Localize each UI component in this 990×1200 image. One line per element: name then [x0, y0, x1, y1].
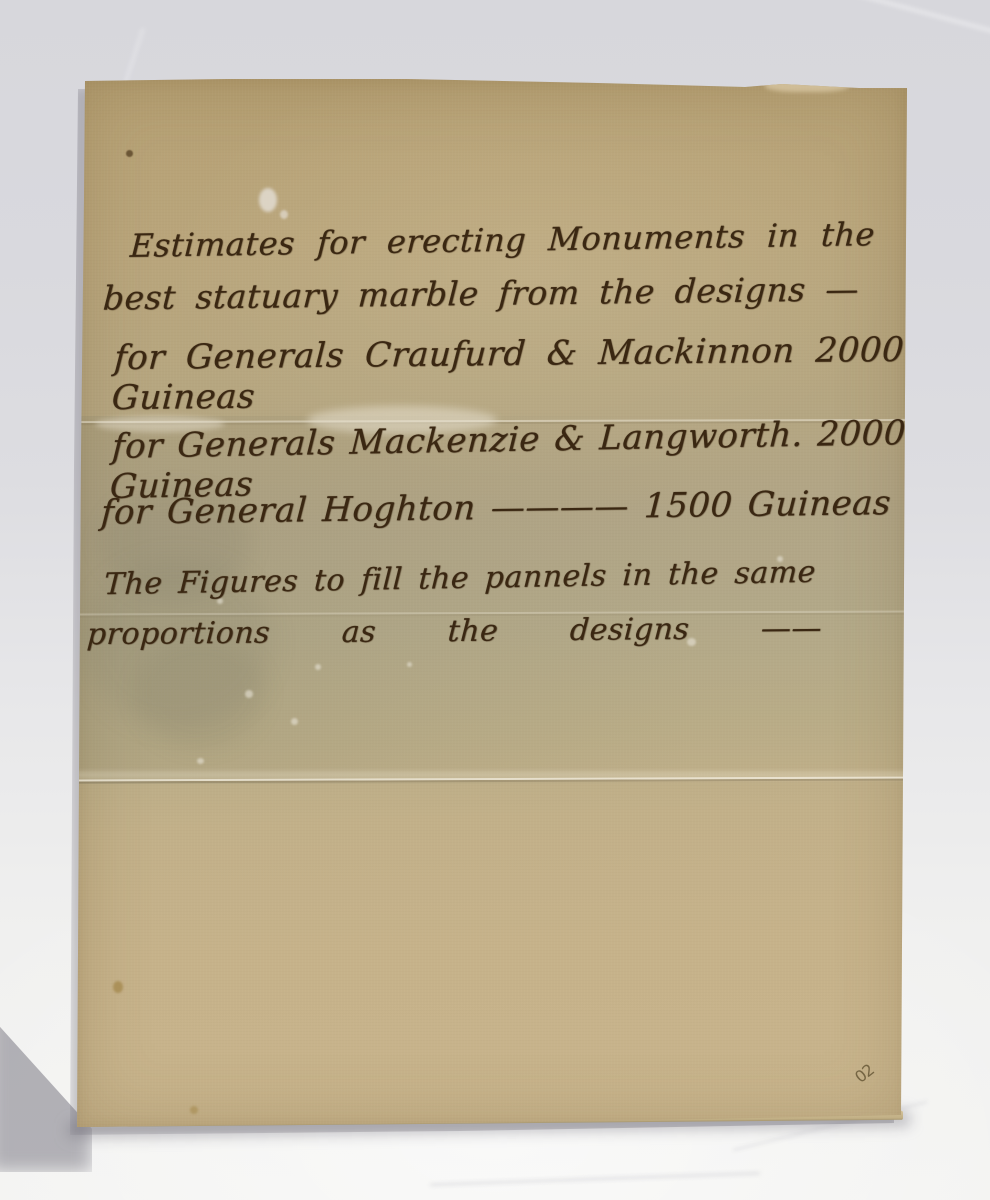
- manuscript-paper: Estimates for erecting Monuments in the …: [77, 78, 908, 1128]
- handwriting-line: Estimates for erecting Monuments in the: [129, 215, 876, 265]
- background-streak: [794, 0, 990, 39]
- handwriting-block: Estimates for erecting Monuments in the …: [77, 78, 908, 1128]
- handwriting-line: for Generals Craufurd & Mackinnon 2000 G…: [111, 330, 906, 418]
- photo-scene: Estimates for erecting Monuments in the …: [0, 0, 990, 1200]
- handwriting-line: The Figures to fill the pannels in the s…: [103, 555, 817, 602]
- handwriting-line: best statuary marble from the designs —: [102, 269, 860, 317]
- background-streak: [430, 1172, 760, 1186]
- handwriting-line: for General Hoghton ———— 1500 Guineas: [100, 483, 892, 533]
- handwriting-line: proportions as the designs ——: [86, 611, 823, 652]
